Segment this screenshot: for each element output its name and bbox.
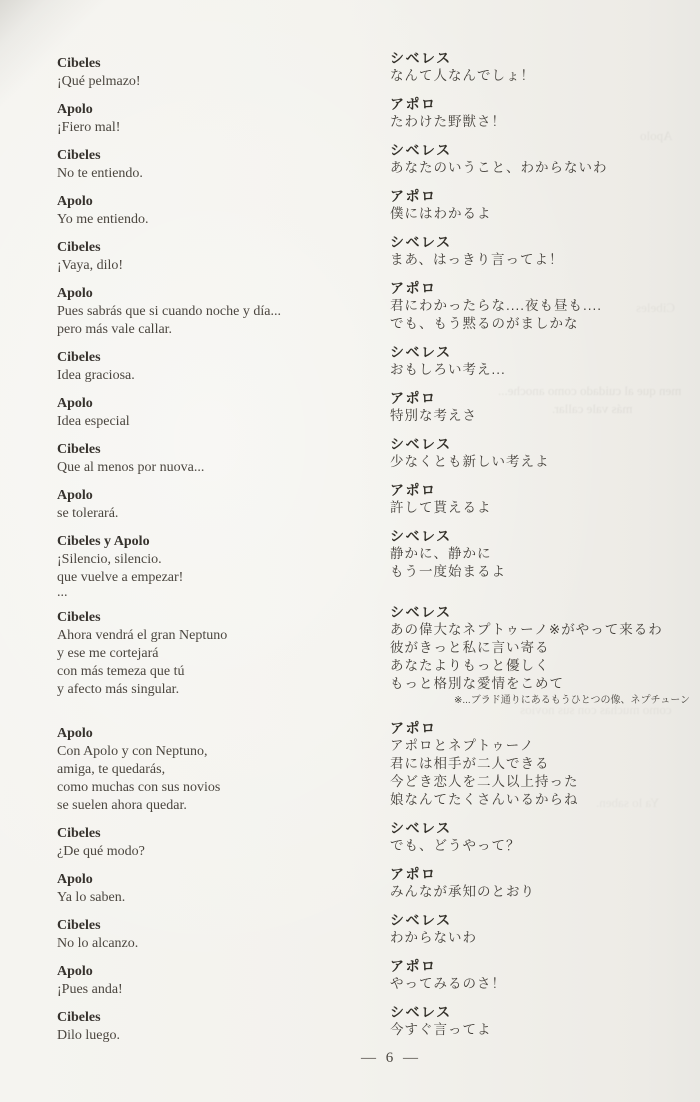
japanese-block: シベレス なんて人なんでしょ！ — [390, 49, 692, 85]
dialog-line: 君にわかったらな....夜も昼も.... — [390, 297, 692, 315]
spanish-block: Cibeles Dilo luego. — [57, 1009, 390, 1045]
dialog-line: ¡Qué pelmazo! — [57, 73, 390, 91]
dialog-row: Cibeles Dilo luego. シベレス 今すぐ言ってよ — [57, 1009, 692, 1045]
japanese-block: シベレス あなたのいうこと、わからないわ — [390, 141, 692, 177]
japanese-block: アポロ みんなが承知のとおり — [390, 865, 692, 901]
japanese-block: シベレス おもしろい考え... — [390, 343, 692, 379]
speaker-name-japanese: アポロ — [390, 279, 692, 297]
dialog-row: Apolo ¡Pues anda! アポロ やってみるのさ！ — [57, 963, 692, 999]
japanese-block: シベレス あの偉大なネプトゥーノ※がやって来るわ彼がきっと私に言い寄るあなたより… — [390, 603, 692, 709]
dialog-row: Cibeles Que al menos por nuova... シベレス 少… — [57, 441, 692, 477]
speaker-name-japanese: シベレス — [390, 233, 692, 251]
dialog-line: y ese me cortejará — [57, 645, 390, 663]
dialog-row: Apolo se tolerará. アポロ 許して貰えるよ — [57, 487, 692, 523]
dialog-line: みんなが承知のとおり — [390, 883, 692, 901]
dialog-row: Cibeles ¡Vaya, dilo! シベレス まあ、はっきり言ってよ！ — [57, 239, 692, 275]
dialog-line: 少なくとも新しい考えよ — [390, 453, 692, 471]
dialog-row: Cibeles No te entiendo. シベレス あなたのいうこと、わか… — [57, 147, 692, 183]
speaker-name-spanish: Cibeles — [57, 1009, 390, 1027]
japanese-block: シベレス 静かに、静かにもう一度始まるよ — [390, 527, 692, 593]
speaker-name-spanish: Apolo — [57, 193, 390, 211]
dialog-line: あの偉大なネプトゥーノ※がやって来るわ — [390, 621, 692, 639]
spanish-block: Cibeles ¿De qué modo? — [57, 825, 390, 861]
japanese-block: アポロ やってみるのさ！ — [390, 957, 692, 993]
speaker-name-spanish: Cibeles y Apolo — [57, 533, 390, 551]
spanish-block: Cibeles y Apolo ¡Silencio, silencio.que … — [57, 533, 390, 599]
spanish-block: Cibeles No lo alcanzo. — [57, 917, 390, 953]
dialog-line: 娘なんてたくさんいるからね — [390, 791, 692, 809]
speaker-name-spanish: Cibeles — [57, 349, 390, 367]
japanese-block: シベレス わからないわ — [390, 911, 692, 947]
spanish-block: Cibeles ¡Qué pelmazo! — [57, 55, 390, 91]
dialog-line: わからないわ — [390, 929, 692, 947]
dialog-row: Cibeles Idea graciosa. シベレス おもしろい考え... — [57, 349, 692, 385]
japanese-block: シベレス でも、どうやって？ — [390, 819, 692, 855]
speaker-name-japanese: シベレス — [390, 819, 692, 837]
dialog-line: 僕にはわかるよ — [390, 205, 692, 223]
footnote: ※...ブラド通りにあるもうひとつの像、ネプチューン — [390, 693, 692, 709]
spanish-block: Cibeles Idea graciosa. — [57, 349, 390, 385]
speaker-name-japanese: シベレス — [390, 141, 692, 159]
dialog-line: Ahora vendrá el gran Neptuno — [57, 627, 390, 645]
speaker-name-spanish: Cibeles — [57, 441, 390, 459]
japanese-block: アポロ 許して貰えるよ — [390, 481, 692, 517]
spanish-block: Apolo Ya lo saben. — [57, 871, 390, 907]
japanese-block: アポロ たわけた野獣さ！ — [390, 95, 692, 131]
speaker-name-japanese: アポロ — [390, 95, 692, 113]
dialog-line: No te entiendo. — [57, 165, 390, 183]
dialog-row: Cibeles ¡Qué pelmazo! シベレス なんて人なんでしょ！ — [57, 55, 692, 91]
dialog-line: No lo alcanzo. — [57, 935, 390, 953]
speaker-name-japanese: シベレス — [390, 343, 692, 361]
dialog-line: 今どき恋人を二人以上持った — [390, 773, 692, 791]
dialog-line: ¿De qué modo? — [57, 843, 390, 861]
speaker-name-spanish: Apolo — [57, 963, 390, 981]
dialog-columns: Cibeles ¡Qué pelmazo! シベレス なんて人なんでしょ！ Ap… — [57, 55, 692, 1055]
speaker-name-japanese: アポロ — [390, 389, 692, 407]
speaker-name-japanese: シベレス — [390, 603, 692, 621]
dialog-line: 君には相手が二人できる — [390, 755, 692, 773]
dialog-line: やってみるのさ！ — [390, 975, 692, 993]
speaker-name-spanish: Apolo — [57, 871, 390, 889]
japanese-block: シベレス 今すぐ言ってよ — [390, 1003, 692, 1039]
dialog-line: que vuelve a empezar! — [57, 569, 390, 587]
dialog-line: 静かに、静かに — [390, 545, 692, 563]
dialog-line: Pues sabrás que si cuando noche y día... — [57, 303, 390, 321]
dialog-row: Cibeles y Apolo ¡Silencio, silencio.que … — [57, 533, 692, 599]
dialog-row: Apolo Yo me entiendo. アポロ 僕にはわかるよ — [57, 193, 692, 229]
speaker-name-spanish: Cibeles — [57, 239, 390, 257]
speaker-name-spanish: Apolo — [57, 285, 390, 303]
dialog-line: あなたのいうこと、わからないわ — [390, 159, 692, 177]
speaker-name-spanish: Cibeles — [57, 55, 390, 73]
spanish-block: Apolo ¡Fiero mal! — [57, 101, 390, 137]
dialog-line: なんて人なんでしょ！ — [390, 67, 692, 85]
dialog-line: ¡Silencio, silencio. — [57, 551, 390, 569]
spanish-block: Apolo Pues sabrás que si cuando noche y … — [57, 285, 390, 339]
dialog-row: Cibeles Ahora vendrá el gran Neptunoy es… — [57, 609, 692, 715]
scanned-libretto-page: { "page": { "number_label": "— 6 —" }, "… — [0, 0, 700, 1102]
spanish-block: Cibeles ¡Vaya, dilo! — [57, 239, 390, 275]
dialog-line: 今すぐ言ってよ — [390, 1021, 692, 1039]
dialog-line: もう一度始まるよ — [390, 563, 692, 581]
speaker-name-spanish: Apolo — [57, 101, 390, 119]
dialog-line: Con Apolo y con Neptuno, — [57, 743, 390, 761]
dialog-line: Yo me entiendo. — [57, 211, 390, 229]
speaker-name-spanish: Cibeles — [57, 147, 390, 165]
japanese-block: アポロ アポロとネプトゥーノ君には相手が二人できる今どき恋人を二人以上持った娘な… — [390, 719, 692, 809]
page-number: — 6 — — [361, 1050, 421, 1067]
speaker-name-japanese: アポロ — [390, 957, 692, 975]
spanish-block: Cibeles Que al menos por nuova... — [57, 441, 390, 477]
spanish-block: Apolo ¡Pues anda! — [57, 963, 390, 999]
dialog-line: ¡Pues anda! — [57, 981, 390, 999]
spanish-block: Apolo se tolerará. — [57, 487, 390, 523]
dialog-line: se suelen ahora quedar. — [57, 797, 390, 815]
speaker-name-japanese: アポロ — [390, 719, 692, 737]
dialog-row: Apolo Pues sabrás que si cuando noche y … — [57, 285, 692, 339]
japanese-block: シベレス 少なくとも新しい考えよ — [390, 435, 692, 471]
dialog-line: pero más vale callar. — [57, 321, 390, 339]
dialog-line: ¡Fiero mal! — [57, 119, 390, 137]
dialog-row: Apolo Con Apolo y con Neptuno,amiga, te … — [57, 725, 692, 815]
dialog-line: ¡Vaya, dilo! — [57, 257, 390, 275]
spanish-block: Apolo Idea especial — [57, 395, 390, 431]
japanese-block: アポロ 君にわかったらな....夜も昼も....でも、もう黙るのがましかな — [390, 279, 692, 333]
dialog-line: Idea especial — [57, 413, 390, 431]
dialog-line: あなたよりもっと優しく — [390, 657, 692, 675]
dialog-line: Idea graciosa. — [57, 367, 390, 385]
speaker-name-japanese: アポロ — [390, 481, 692, 499]
speaker-name-japanese: アポロ — [390, 187, 692, 205]
dialog-row: Apolo Idea especial アポロ 特別な考えさ — [57, 395, 692, 431]
speaker-name-japanese: シベレス — [390, 435, 692, 453]
dialog-line: アポロとネプトゥーノ — [390, 737, 692, 755]
dialog-line: se tolerará. — [57, 505, 390, 523]
dialog-line: 特別な考えさ — [390, 407, 692, 425]
speaker-name-spanish: Apolo — [57, 725, 390, 743]
dialog-line: 許して貰えるよ — [390, 499, 692, 517]
japanese-block: シベレス まあ、はっきり言ってよ！ — [390, 233, 692, 269]
dialog-line: ... — [57, 587, 390, 599]
dialog-line: Dilo luego. — [57, 1027, 390, 1045]
speaker-name-japanese: シベレス — [390, 49, 692, 67]
speaker-name-japanese: シベレス — [390, 1003, 692, 1021]
dialog-line: como muchas con sus novios — [57, 779, 390, 797]
spanish-block: Cibeles Ahora vendrá el gran Neptunoy es… — [57, 609, 390, 715]
spanish-block: Apolo Con Apolo y con Neptuno,amiga, te … — [57, 725, 390, 815]
spanish-block: Apolo Yo me entiendo. — [57, 193, 390, 229]
dialog-line: Ya lo saben. — [57, 889, 390, 907]
speaker-name-spanish: Apolo — [57, 487, 390, 505]
dialog-line: con más temeza que tú — [57, 663, 390, 681]
dialog-line: Que al menos por nuova... — [57, 459, 390, 477]
speaker-name-spanish: Cibeles — [57, 825, 390, 843]
dialog-row: Cibeles No lo alcanzo. シベレス わからないわ — [57, 917, 692, 953]
dialog-line: y afecto más singular. — [57, 681, 390, 699]
dialog-line: もっと格別な愛情をこめて — [390, 675, 692, 693]
speaker-name-japanese: シベレス — [390, 911, 692, 929]
dialog-row: Apolo Ya lo saben. アポロ みんなが承知のとおり — [57, 871, 692, 907]
speaker-name-spanish: Cibeles — [57, 917, 390, 935]
dialog-row: Apolo ¡Fiero mal! アポロ たわけた野獣さ！ — [57, 101, 692, 137]
dialog-line: たわけた野獣さ！ — [390, 113, 692, 131]
dialog-line: おもしろい考え... — [390, 361, 692, 379]
dialog-line: 彼がきっと私に言い寄る — [390, 639, 692, 657]
japanese-block: アポロ 特別な考えさ — [390, 389, 692, 425]
dialog-line: まあ、はっきり言ってよ！ — [390, 251, 692, 269]
speaker-name-spanish: Cibeles — [57, 609, 390, 627]
speaker-name-japanese: アポロ — [390, 865, 692, 883]
japanese-block: アポロ 僕にはわかるよ — [390, 187, 692, 223]
dialog-line: でも、どうやって？ — [390, 837, 692, 855]
spanish-block: Cibeles No te entiendo. — [57, 147, 390, 183]
speaker-name-spanish: Apolo — [57, 395, 390, 413]
speaker-name-japanese: シベレス — [390, 527, 692, 545]
dialog-line: でも、もう黙るのがましかな — [390, 315, 692, 333]
dialog-row: Cibeles ¿De qué modo? シベレス でも、どうやって？ — [57, 825, 692, 861]
dialog-line: amiga, te quedarás, — [57, 761, 390, 779]
